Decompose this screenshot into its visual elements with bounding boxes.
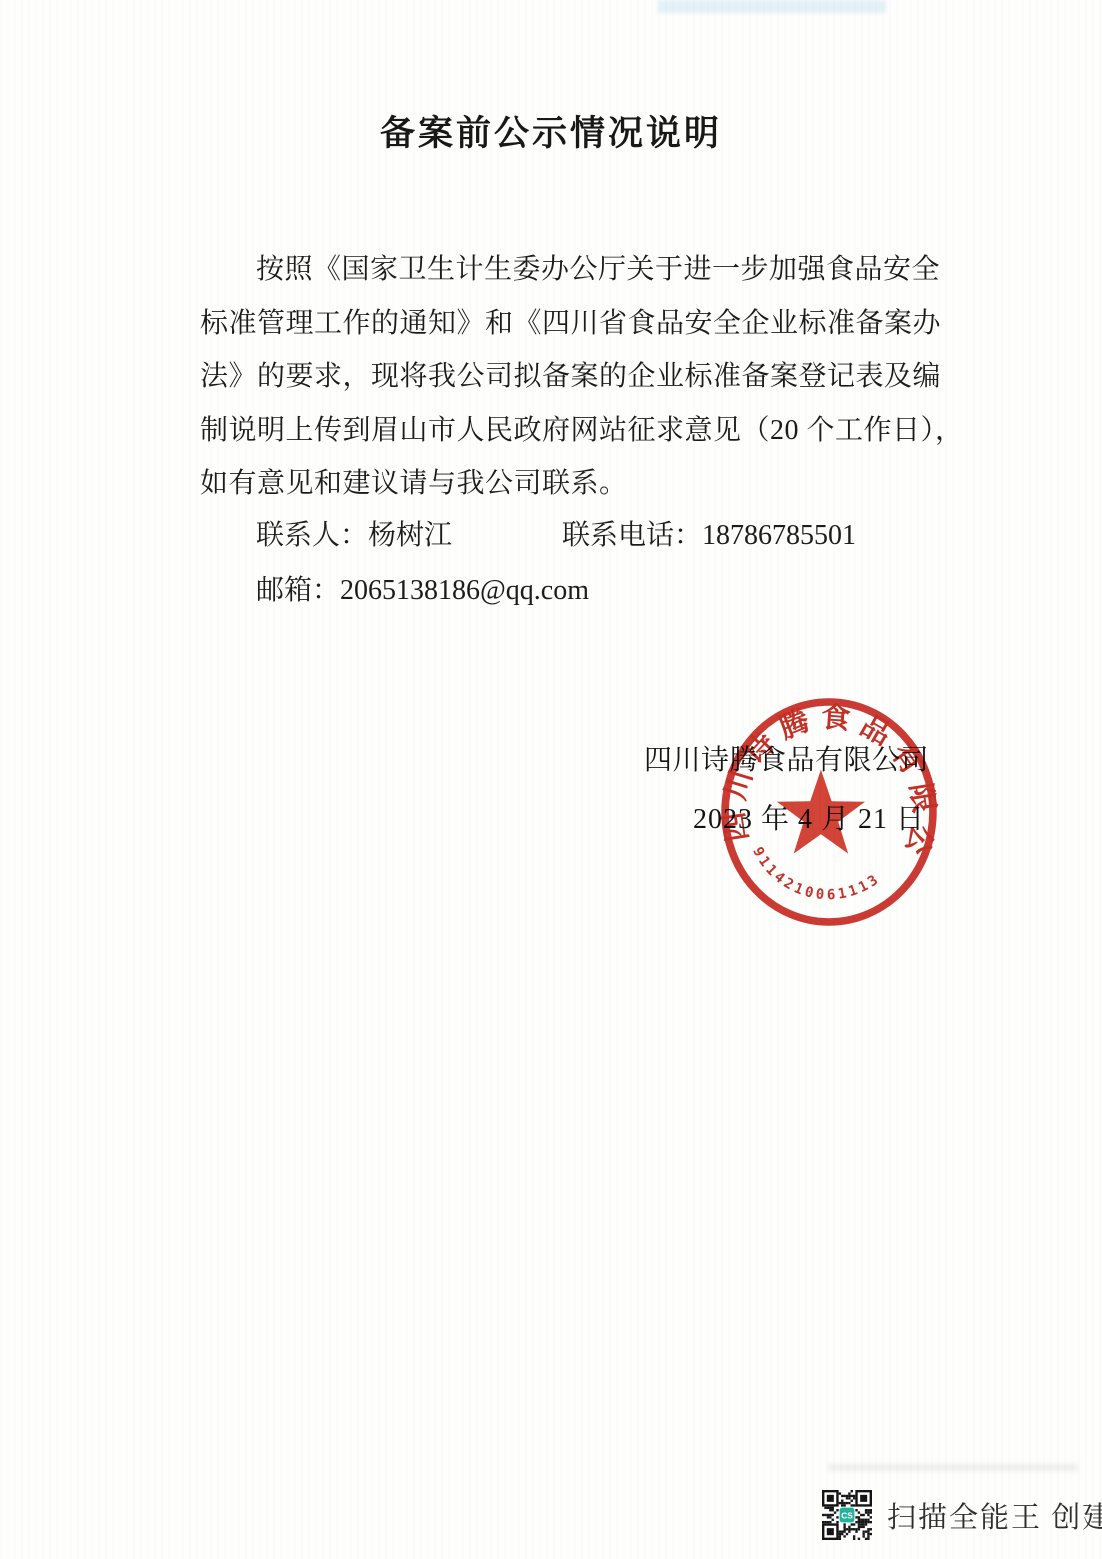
page-title: 备案前公示情况说明: [0, 106, 1102, 156]
scan-artifact-top: [658, 0, 886, 13]
body-line: 标准管理工作的通知》和《四川省食品安全企业标准备案办: [200, 297, 916, 351]
company-seal: 四川诗腾食品有限公司 9114210061113: [718, 694, 940, 930]
seal-star: [777, 770, 865, 854]
body-line: 如有意见和建议请与我公司联系。: [200, 457, 916, 511]
scan-artifact-footer: [828, 1464, 1078, 1471]
body-line: 法》的要求，现将我公司拟备案的企业标准备案登记表及编: [200, 350, 916, 404]
body-line: 按照《国家卫生计生委办公厅关于进一步加强食品安全: [200, 243, 916, 297]
body-paragraph: 按照《国家卫生计生委办公厅关于进一步加强食品安全 标准管理工作的通知》和《四川省…: [200, 243, 916, 511]
contact-email: 邮箱：2065138186@qq.com: [256, 574, 589, 608]
contact-row: 联系人：杨树江联系电话：18786785501: [256, 519, 856, 553]
qr-cs-logo-text: CS: [841, 1510, 853, 1520]
body-line: 制说明上传到眉山市人民政府网站征求意见（20 个工作日），: [200, 404, 916, 458]
seal-code-text: 9114210061113: [749, 845, 881, 904]
contact-phone: 联系电话：18786785501: [562, 520, 856, 551]
document-page: 备案前公示情况说明 按照《国家卫生计生委办公厅关于进一步加强食品安全 标准管理工…: [0, 0, 1102, 1559]
scanner-watermark: CS 扫描全能王 创建: [822, 1487, 1102, 1543]
qr-code: CS: [822, 1487, 872, 1543]
contact-person: 联系人：杨树江: [256, 519, 562, 553]
watermark-text: 扫描全能王 创建: [887, 1495, 1102, 1536]
